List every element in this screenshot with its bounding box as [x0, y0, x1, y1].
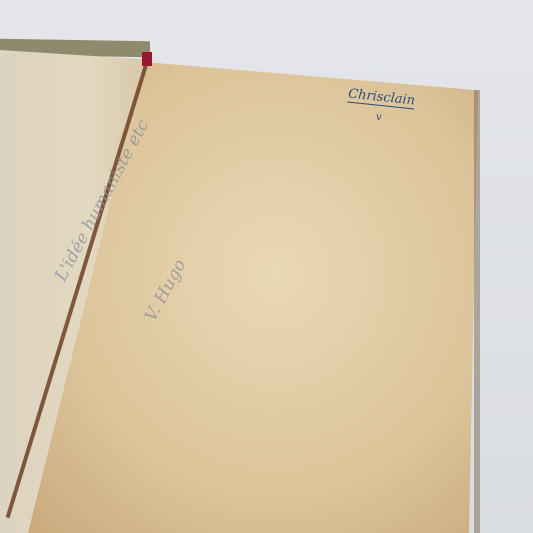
ink-signature-mark: v: [376, 112, 382, 123]
red-headband: [142, 52, 152, 66]
page-edge-shadow: [474, 90, 480, 533]
